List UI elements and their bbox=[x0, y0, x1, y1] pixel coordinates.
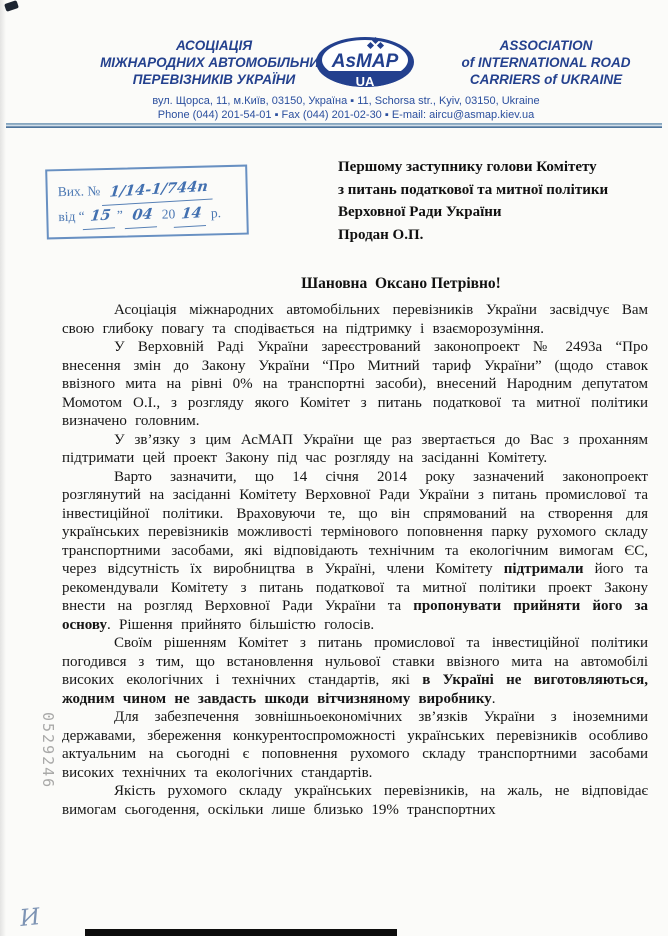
body-paragraph: Асоціація міжнародних автомобільних пере… bbox=[62, 301, 648, 338]
stamp-quote-close: ” bbox=[117, 208, 123, 223]
stamp-year-suffix: р. bbox=[211, 205, 221, 220]
body-paragraph: Для забезпечення зовнішньоекономічних зв… bbox=[62, 708, 648, 782]
stamp-out-no-label: Вих. № bbox=[58, 183, 101, 199]
stamp-month-value: 04 bbox=[125, 202, 160, 229]
letterhead-divider bbox=[6, 123, 662, 128]
org-name-en-line: ASSOCIATION bbox=[427, 37, 665, 54]
handwritten-mark: И bbox=[19, 904, 42, 932]
logo-text-main: AsMAP bbox=[331, 51, 399, 72]
org-name-en-line: of INTERNATIONAL ROAD bbox=[427, 54, 665, 71]
scan-edge-shade bbox=[0, 0, 6, 936]
body-paragraph: У Верховній Раді України зареєстрований … bbox=[62, 338, 648, 431]
recipient-line: Верховної Ради України bbox=[338, 201, 608, 224]
stamp-year-value: 14 bbox=[174, 201, 209, 228]
stamp-day-value: 15 bbox=[83, 203, 118, 230]
org-name-english: ASSOCIATION of INTERNATIONAL ROAD CARRIE… bbox=[427, 37, 665, 88]
asmap-logo-icon: AsMAP UA bbox=[314, 35, 416, 91]
salutation: Шановна Оксано Петрівно! bbox=[62, 275, 648, 293]
stamp-from-label: від “ bbox=[58, 209, 85, 225]
scan-speck bbox=[4, 0, 19, 12]
address-line-2: Phone (044) 201-54-01 ▪ Fax (044) 201-02… bbox=[12, 108, 668, 122]
stamp-date-row: від “15” 04 2014 р. bbox=[58, 201, 241, 230]
recipient-line: Продан О.П. bbox=[338, 224, 608, 247]
org-name-en-line: CARRIERS of UKRAINE bbox=[427, 71, 665, 88]
body-paragraph: Своїм рішенням Комітет з питань промисло… bbox=[62, 634, 648, 708]
stamp-year-prefix: 20 bbox=[162, 206, 176, 221]
letter-body: Асоціація міжнародних автомобільних пере… bbox=[62, 301, 648, 819]
logo-text-sub: UA bbox=[356, 74, 375, 89]
body-paragraph: Якість рухомого складу українських перев… bbox=[62, 782, 648, 819]
recipient-line: Першому заступнику голови Комітету bbox=[338, 156, 608, 179]
body-paragraph: Варто зазначити, що 14 січня 2014 року з… bbox=[62, 468, 648, 635]
document-serial-number: 0529246 bbox=[39, 712, 57, 789]
body-paragraph: У зв’язку з цим АсМАП України ще раз зве… bbox=[62, 431, 648, 468]
letterhead-address: вул. Щорса, 11, м.Київ, 03150, Україна ▪… bbox=[12, 94, 668, 122]
recipient-block: Першому заступнику голови Комітету з пит… bbox=[338, 156, 608, 246]
registration-stamp: Вих. № 1/14-1/744п від “15” 04 2014 р. bbox=[45, 165, 249, 240]
recipient-line: з питань податкової та митної політики bbox=[338, 179, 608, 202]
scanned-letter-page: АСОЦІАЦІЯ МІЖНАРОДНИХ АВТОМОБІЛЬНИХ ПЕРЕ… bbox=[0, 0, 668, 936]
address-line-1: вул. Щорса, 11, м.Київ, 03150, Україна ▪… bbox=[12, 94, 668, 108]
asmap-logo: AsMAP UA bbox=[314, 35, 416, 91]
scan-artifact-bar bbox=[85, 929, 397, 936]
